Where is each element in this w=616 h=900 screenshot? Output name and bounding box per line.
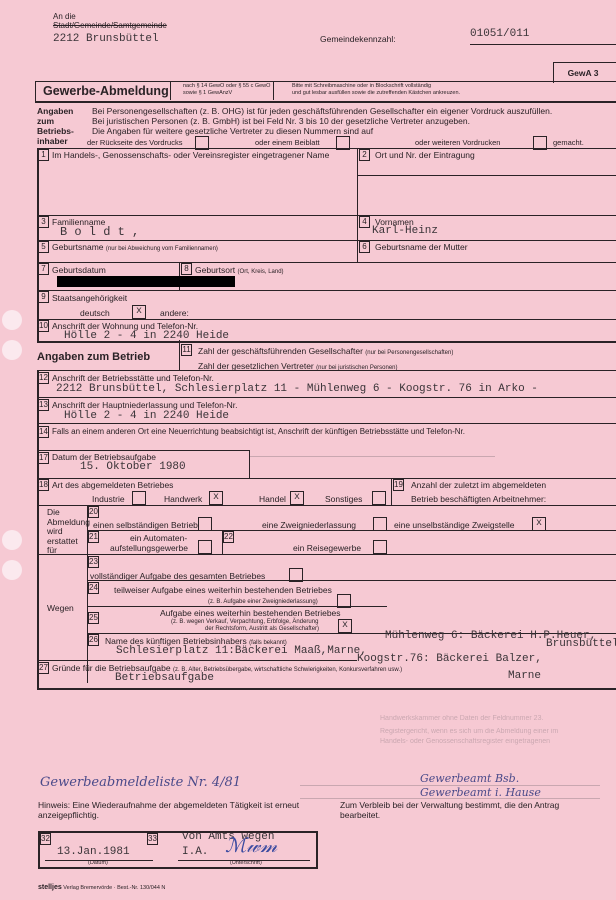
- legal-basis: nach § 14 GewO oder § 55 c GewO sowie § …: [183, 83, 270, 97]
- field-10-value[interactable]: Hölle 2 - 4 in 2240 Heide: [64, 330, 229, 342]
- field-number: 21: [88, 531, 99, 543]
- opt-dependent-branch-checkbox[interactable]: x: [532, 517, 546, 531]
- field-number: 8: [181, 263, 192, 275]
- field-2-label: Ort und Nr. der Eintragung: [375, 150, 475, 160]
- field-7-label: Geburtsdatum: [52, 265, 106, 275]
- signature-value-line2[interactable]: I.A.: [182, 846, 208, 858]
- field-5-label: Geburtsname (nur bei Abweichung vom Fami…: [52, 242, 218, 254]
- opt-back-label: der Rückseite des Vordrucks: [87, 138, 182, 148]
- field-12-value[interactable]: 2212 Brunsbüttel, Schlesierplatz 11 - Mü…: [56, 383, 538, 395]
- field-21-label1: ein Automaten-: [130, 533, 187, 543]
- handwritten-list-note: Gewerbeabmeldeliste Nr. 4/81: [40, 775, 241, 790]
- field-26-value-right3[interactable]: Marne: [508, 670, 541, 682]
- field-number: 9: [38, 291, 49, 303]
- publisher-name: stelljes: [38, 884, 62, 891]
- field-13-label: Anschrift der Hauptniederlassung und Tel…: [52, 400, 238, 410]
- admin-note-line1: Zum Verbleib bei der Verwaltung bestimmt…: [340, 800, 559, 810]
- addressee-line1: An die: [53, 12, 167, 21]
- addressee-line2: Stadt/Gemeinde/Samtgemeinde: [53, 21, 167, 30]
- field-number: 4: [359, 216, 370, 228]
- owner-section-note: Bei Personengesellschaften (z. B. OHG) i…: [92, 106, 552, 136]
- field-number: 26: [88, 634, 99, 646]
- heading-line: Betriebs-: [37, 126, 74, 136]
- field-22-label: ein Reisegewerbe: [293, 543, 361, 553]
- form-code: GewA 3: [554, 63, 612, 83]
- date-value[interactable]: 13.Jan.1981: [57, 846, 130, 858]
- opt-independent-checkbox[interactable]: [198, 517, 212, 531]
- punch-hole: [2, 340, 22, 360]
- hint-text: Hinweis: Eine Wiederaufnahme der abgemel…: [38, 800, 308, 820]
- heading-line: Angaben: [37, 106, 74, 116]
- field-17-value[interactable]: 15. Oktober 1980: [80, 461, 186, 473]
- field-number: 20: [88, 506, 99, 518]
- field-5-note: (nur bei Abweichung vom Familiennamen): [106, 246, 218, 252]
- note-line1: Bei Personengesellschaften (z. B. OHG) i…: [92, 106, 552, 116]
- type-handwerk-checkbox[interactable]: x: [209, 491, 223, 505]
- field-1-input[interactable]: [50, 163, 350, 213]
- type-handel-label: Handel: [259, 494, 286, 504]
- field-number: 5: [38, 241, 49, 253]
- nationality-german-checkbox[interactable]: x: [132, 305, 146, 319]
- date-caption: (Datum): [88, 860, 108, 866]
- field-number: 13: [38, 399, 49, 411]
- field-number: 22: [223, 531, 234, 543]
- note-line2: Bei juristischen Personen (z. B. GmbH) i…: [92, 116, 552, 126]
- publisher-line: stelljes Verlag Bremervörde · Best.-Nr. …: [38, 884, 165, 891]
- signature-scribble: ℳ𝓌𝓂: [225, 833, 277, 857]
- field-number: 17: [38, 452, 49, 464]
- fill-instructions: Bitte mit Schreibmaschine oder in Blocks…: [292, 83, 460, 97]
- type-sonstiges-checkbox[interactable]: [372, 491, 386, 505]
- gemeindekennzahl-value[interactable]: 01051/011: [470, 28, 616, 45]
- opt-sheet-label: oder einem Beiblatt: [255, 138, 320, 148]
- field-21-checkbox[interactable]: [198, 540, 212, 554]
- field-11-label1: Zahl der geschäftsführenden Gesellschaft…: [198, 346, 453, 358]
- field-number: 24: [88, 582, 99, 594]
- form-title: Gewerbe-Abmeldung: [43, 84, 169, 98]
- business-section-heading: Angaben zum Betrieb: [37, 351, 150, 363]
- type-industrie-label: Industrie: [92, 494, 125, 504]
- field-26-value-line1[interactable]: Schlesierplatz 11:Bäckerei Maaß,Marne,: [116, 645, 367, 657]
- fill-instructions-line2: und gut lesbar ausfüllen sowie die zutre…: [292, 90, 460, 97]
- field-number: 3: [38, 216, 49, 228]
- field-number: 33: [147, 833, 158, 845]
- field-25-note2: der Rechtsform, Austritt als Gesellschaf…: [205, 626, 319, 633]
- hint-line1: Hinweis: Eine Wiederaufnahme der abgemel…: [38, 800, 308, 810]
- hint-line2: anzeigepflichtig.: [38, 810, 308, 820]
- legal-basis-line2: sowie § 1 GewAnzV: [183, 90, 270, 97]
- field-number: 14: [38, 426, 49, 438]
- field-11-text1: Zahl der geschäftsführenden Gesellschaft…: [198, 346, 363, 356]
- type-handel-checkbox[interactable]: x: [290, 491, 304, 505]
- field-5-label-text: Geburtsname: [52, 242, 104, 252]
- opt-independent-label: einen selbständigen Betrieb: [93, 520, 198, 530]
- field-6-label: Geburtsname der Mutter: [375, 242, 468, 252]
- bleed-through-text: Handwerkskammer ohne Daten der Feldnumme…: [380, 715, 543, 722]
- bleed-through-text: Registergericht, wenn es sich um die Abm…: [380, 728, 558, 735]
- field-9-label: Staatsangehörigkeit: [52, 293, 127, 303]
- field-number: 11: [181, 344, 192, 356]
- addressee-city: 2212 Brunsbüttel: [53, 33, 159, 45]
- field-number: 27: [38, 662, 49, 674]
- type-handwerk-label: Handwerk: [164, 494, 202, 504]
- opt-suffix: gemacht.: [553, 138, 584, 148]
- opt-branch-label: eine Zweigniederlassung: [262, 520, 356, 530]
- field-25-checkbox[interactable]: x: [338, 619, 352, 633]
- field-27-label: Gründe für die Betriebsaufgabe (z. B. Al…: [52, 663, 402, 675]
- publisher-detail: Verlag Bremervörde · Best.-Nr. 130/044 N: [63, 885, 165, 891]
- field-number: 12: [38, 372, 49, 384]
- field-number: 10: [38, 320, 49, 332]
- field-8-label-text: Geburtsort: [195, 265, 235, 275]
- addressee-label: An die Stadt/Gemeinde/Samtgemeinde: [53, 12, 167, 30]
- filed-for-label: Die Abmeldung wird erstattet für: [47, 508, 90, 556]
- field-18-label: Art des abgemeldeten Betriebes: [52, 480, 173, 490]
- field-26-value-right1b[interactable]: Brunsbüttel: [546, 638, 616, 650]
- owner-section-heading: Angaben zum Betriebs- inhaber: [37, 106, 74, 146]
- field-24-label: teilweiser Aufgabe eines weiterhin beste…: [114, 585, 332, 595]
- field-number: 2: [359, 149, 370, 161]
- field-number: 7: [38, 263, 49, 275]
- field-number: 25: [88, 612, 99, 624]
- field-14-label: Falls an einem anderen Ort eine Neuerric…: [52, 427, 465, 437]
- field-4-value[interactable]: Karl-Heinz: [372, 225, 438, 237]
- field-22-checkbox[interactable]: [373, 540, 387, 554]
- form-code-box: GewA 3: [553, 62, 616, 83]
- reason-label: Wegen: [47, 603, 74, 613]
- gemeindekennzahl-label: Gemeindekennzahl:: [320, 34, 396, 44]
- field-number: 18: [38, 479, 49, 491]
- punch-hole: [2, 560, 22, 580]
- field-number: 23: [88, 556, 99, 568]
- field-number: 1: [38, 149, 49, 161]
- type-sonstiges-label: Sonstiges: [325, 494, 362, 504]
- field-11-note1: (nur bei Personengesellschaften): [365, 350, 453, 356]
- nationality-other-label: andere:: [160, 308, 189, 318]
- admin-note: Zum Verbleib bei der Verwaltung bestimmt…: [340, 800, 559, 820]
- heading-line: inhaber: [37, 136, 74, 146]
- field-27-value[interactable]: Betriebsaufgabe: [115, 672, 214, 684]
- field-3-value[interactable]: B o l d t ,: [60, 225, 139, 239]
- opt-forms-label: oder weiteren Vordrucken: [415, 138, 500, 148]
- field-8-note: (Ort, Kreis, Land): [238, 269, 284, 275]
- field-2-input[interactable]: [372, 162, 612, 174]
- type-industrie-checkbox[interactable]: [132, 491, 146, 505]
- field-13-value[interactable]: Hölle 2 - 4 in 2240 Heide: [64, 410, 229, 422]
- field-25-label: Aufgabe eines weiterhin bestehenden Betr…: [160, 608, 341, 618]
- punch-hole: [2, 530, 22, 550]
- field-number: 19: [393, 479, 404, 491]
- field-19-label1: Anzahl der zuletzt im abgemeldeten: [411, 480, 546, 490]
- bleed-through-text: Handels- oder Genossenschaftsregister ei…: [380, 738, 550, 745]
- field-25-note1: (z. B. wegen Verkauf, Verpachtung, Erbfo…: [171, 619, 318, 626]
- legal-basis-line1: nach § 14 GewO oder § 55 c GewO: [183, 83, 270, 90]
- opt-branch-checkbox[interactable]: [373, 517, 387, 531]
- signature-caption: (Unterschrift): [230, 860, 262, 866]
- field-1-label: Im Handels-, Genossenschafts- oder Verei…: [52, 150, 329, 160]
- handwritten-right1: Gewerbeamt Bsb.: [420, 772, 519, 785]
- nationality-german-label: deutsch: [80, 308, 110, 318]
- heading-line: zum: [37, 116, 74, 126]
- field-number: 32: [40, 833, 51, 845]
- opt-dependent-branch-label: eine unselbständige Zweigstelle: [394, 520, 515, 530]
- field-12-label: Anschrift der Betriebsstätte und Telefon…: [52, 373, 214, 383]
- field-21-label2: aufstellungsgewerbe: [110, 543, 188, 553]
- admin-note-line2: bearbeitet.: [340, 810, 559, 820]
- fill-instructions-line1: Bitte mit Schreibmaschine oder in Blocks…: [292, 83, 460, 90]
- redacted-birth-data: [57, 276, 235, 287]
- field-number: 6: [359, 241, 370, 253]
- field-19-label2: Betrieb beschäftigten Arbeitnehmer:: [411, 494, 546, 504]
- note-line3: Die Angaben für weitere gesetzliche Vert…: [92, 126, 552, 136]
- punch-hole: [2, 310, 22, 330]
